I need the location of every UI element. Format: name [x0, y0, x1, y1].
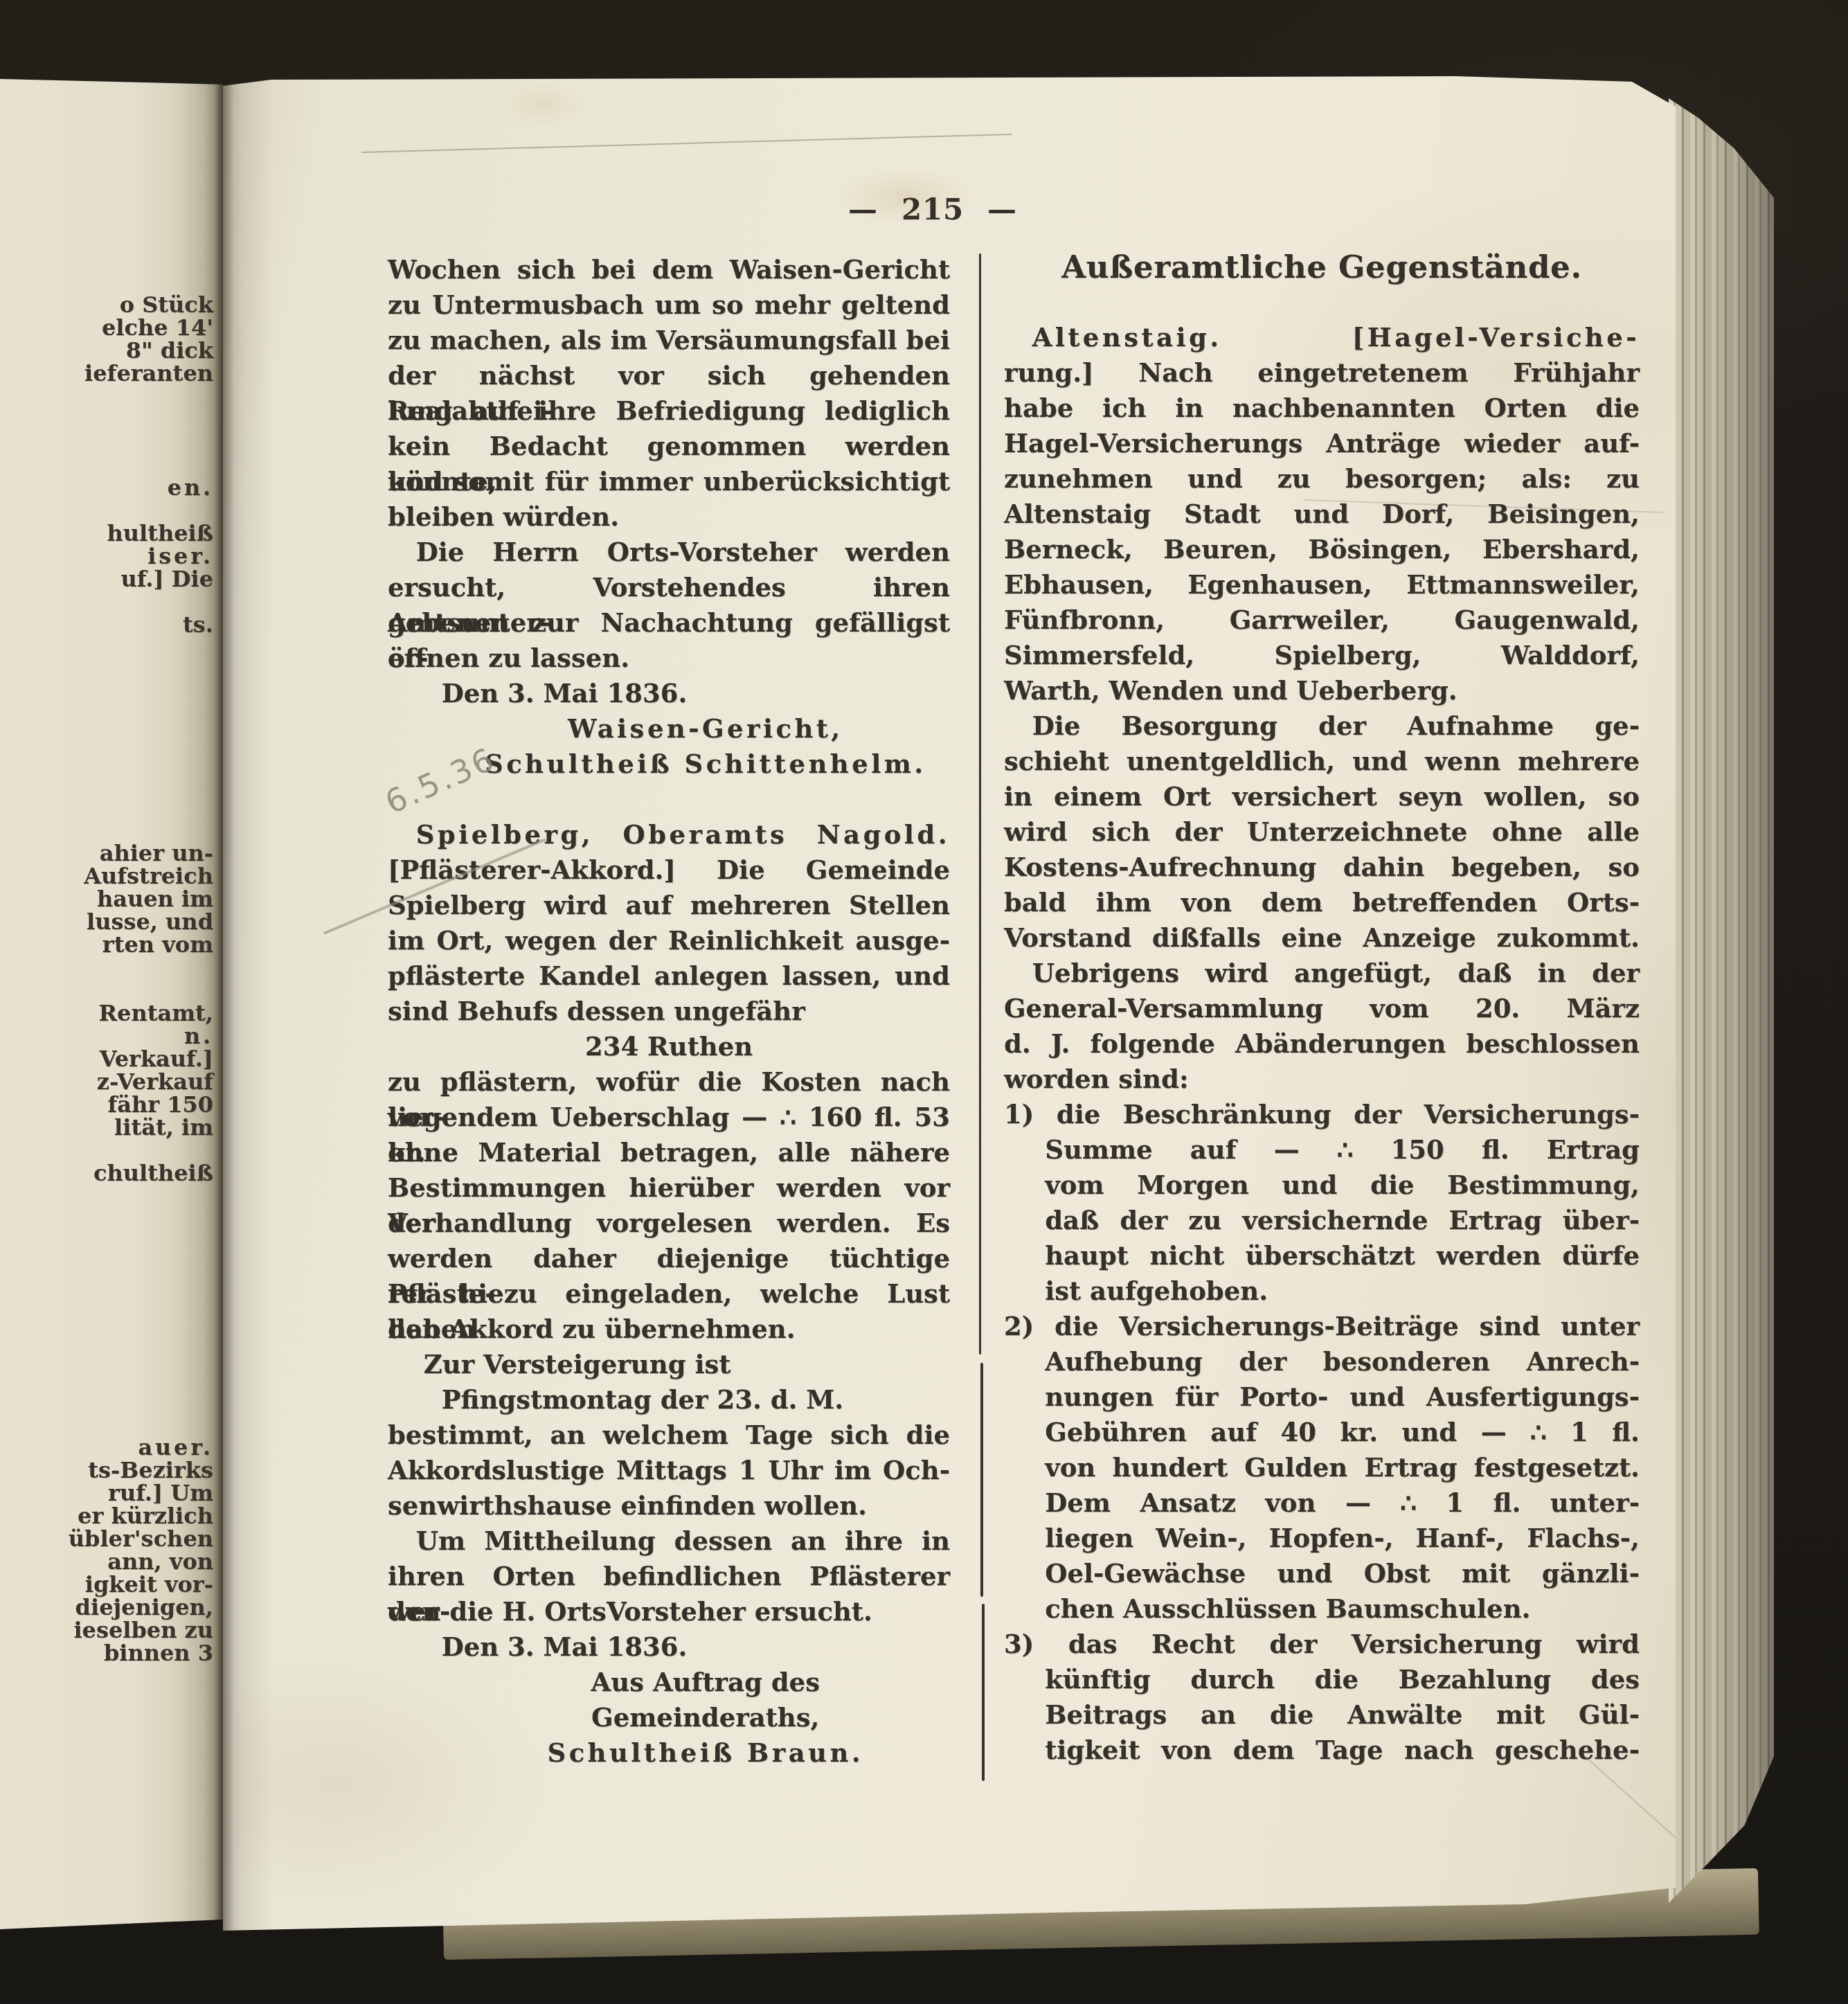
- text-line: der nächst vor sich gehenden Realabthei-: [388, 358, 950, 393]
- text-line: Verhandlung vorgelesen werden. Es: [388, 1206, 950, 1241]
- text-line: en.: [6, 476, 213, 499]
- text-line: Vorstand dißfalls eine Anzeige zukommt.: [1004, 920, 1640, 956]
- text-line: Oel-Gewächse und Obst mit gänzli-: [1004, 1556, 1640, 1591]
- text-line: [6, 408, 213, 431]
- text-line: 8" dick: [6, 339, 213, 362]
- text-line: ts-Bezirks: [6, 1459, 213, 1482]
- text-line: nungen für Porto- und Ausfertigungs-: [1004, 1379, 1640, 1415]
- text-line: zu pflästern, wofür die Kosten nach vor-: [388, 1064, 950, 1100]
- text-line: wird sich der Unterzeichnete ohne alle: [1004, 814, 1640, 850]
- text-line: Simmersfeld, Spielberg, Walddorf,: [1004, 638, 1640, 673]
- left-column: Wochen sich bei dem Waisen-Gerichtzu Unt…: [388, 252, 950, 1771]
- text-line: Aus Auftrag des: [388, 1665, 950, 1700]
- right-column: Außeramtliche Gegenstände.Altenstaig. [H…: [1004, 249, 1640, 1768]
- text-line: diejenigen,: [6, 1596, 213, 1619]
- text-line: ieselben zu: [6, 1619, 213, 1642]
- text-line: [6, 431, 213, 454]
- text-line: Den 3. Mai 1836.: [388, 676, 950, 711]
- text-line: [6, 1208, 213, 1231]
- text-line: Aufhebung der besonderen Anrech-: [1004, 1344, 1640, 1379]
- text-line: pflästerte Kandel anlegen lassen, und: [388, 958, 950, 994]
- text-line: [6, 796, 213, 819]
- text-line: worden sind:: [1004, 1062, 1640, 1097]
- photo-background: o Stückelche 14'8" dickieferantenen.hult…: [0, 0, 1848, 2004]
- text-line: daß der zu versichernde Ertrag über-: [1004, 1203, 1640, 1238]
- text-line: Summe auf — ∴ 150 fl. Ertrag: [1004, 1132, 1640, 1167]
- text-line: [6, 979, 213, 1002]
- text-line: zu Untermusbach um so mehr geltend: [388, 287, 950, 323]
- text-line: auer.: [6, 1436, 213, 1459]
- text-line: [6, 636, 213, 659]
- text-line: habe ich in nachbenannten Orten die: [1004, 391, 1640, 426]
- text-line: Altenstaig. [Hagel-Versiche-: [1004, 320, 1640, 355]
- text-line: [6, 499, 213, 522]
- text-line: zu machen, als im Versäumungsfall bei: [388, 323, 950, 358]
- text-line: vom Morgen und die Bestimmung,: [1004, 1167, 1640, 1203]
- text-line: Gemeinderaths,: [388, 1700, 950, 1735]
- text-line: n.: [6, 1025, 213, 1048]
- gutter-shadow: [213, 76, 234, 1932]
- text-line: ist aufgehoben.: [1004, 1273, 1640, 1309]
- column-divider: [979, 253, 981, 1354]
- text-line: Spielberg wird auf mehreren Stellen: [388, 888, 950, 923]
- text-line: Wochen sich bei dem Waisen-Gericht: [388, 252, 950, 287]
- text-line: Waisen-Gericht,: [388, 711, 950, 746]
- text-line: [6, 751, 213, 773]
- text-line: [6, 1253, 213, 1276]
- text-line: [6, 1185, 213, 1208]
- header-dash-right: —: [987, 193, 1017, 226]
- text-line: in einem Ort versichert seyn wollen, so: [1004, 779, 1640, 814]
- text-line: ts.: [6, 614, 213, 636]
- text-line: öffnen zu lassen.: [388, 641, 950, 676]
- text-line: Hagel-Versicherungs Anträge wieder auf-: [1004, 426, 1640, 461]
- text-line: haupt nicht überschätzt werden dürfe: [1004, 1238, 1640, 1273]
- text-line: 3) das Recht der Versicherung wird: [1004, 1627, 1640, 1662]
- text-line: hultheiß: [6, 522, 213, 545]
- text-line: Dem Ansatz von — ∴ 1 fl. unter-: [1004, 1485, 1640, 1521]
- text-line: werden daher diejenige tüchtige Pfläste-: [388, 1241, 950, 1276]
- text-line: Beitrags an die Anwälte mit Gül-: [1004, 1697, 1640, 1733]
- text-line: Den 3. Mai 1836.: [388, 1629, 950, 1665]
- text-line: Rentamt,: [6, 1002, 213, 1025]
- text-line: [6, 454, 213, 476]
- text-line: ieferanten: [6, 362, 213, 385]
- text-line: [1004, 285, 1640, 320]
- text-line: Ebhausen, Egenhausen, Ettmannsweiler,: [1004, 567, 1640, 602]
- text-line: senwirthshause einfinden wollen.: [388, 1488, 950, 1523]
- text-line: z-Verkauf: [6, 1071, 213, 1093]
- text-line: bald ihm von dem betreffenden Orts-: [1004, 885, 1640, 920]
- text-line: [6, 728, 213, 751]
- text-line: Die Herrn Orts-Vorsteher werden: [388, 535, 950, 570]
- text-line: [6, 705, 213, 728]
- text-line: Warth, Wenden und Ueberberg.: [1004, 673, 1640, 708]
- text-line: übler'schen: [6, 1528, 213, 1550]
- text-line: [6, 1139, 213, 1162]
- text-line: liegen Wein-, Hopfen-, Hanf-, Flachs-,: [1004, 1521, 1640, 1556]
- text-line: [6, 1390, 213, 1413]
- text-line: Die Besorgung der Aufnahme ge-: [1004, 708, 1640, 744]
- text-line: ohne Material betragen, alle nähere: [388, 1135, 950, 1170]
- text-line: [6, 956, 213, 979]
- text-line: und somit für immer unberücksichtigt: [388, 464, 950, 499]
- text-line: chen Ausschlüssen Baumschulen.: [1004, 1591, 1640, 1627]
- text-line: [6, 1231, 213, 1253]
- text-line: tigkeit von dem Tage nach geschehe-: [1004, 1733, 1640, 1768]
- text-line: von hundert Gulden Ertrag festgesetzt.: [1004, 1450, 1640, 1485]
- text-line: rten vom: [6, 933, 213, 956]
- text-line: [6, 1345, 213, 1368]
- text-line: den Akkord zu übernehmen.: [388, 1312, 950, 1347]
- text-line: [6, 385, 213, 408]
- text-line: gebenen zur Nachachtung gefälligst er-: [388, 605, 950, 641]
- text-line: Spielberg, Oberamts Nagold.: [388, 817, 950, 852]
- text-line: 234 Ruthen: [388, 1029, 950, 1064]
- text-line: d. J. folgende Abänderungen beschlossen: [1004, 1026, 1640, 1062]
- fragment-column: o Stückelche 14'8" dickieferantenen.hult…: [6, 294, 213, 1665]
- text-line: zunehmen und zu besorgen; als: zu: [1004, 461, 1640, 496]
- text-line: sind Behufs dessen ungefähr: [388, 994, 950, 1029]
- book-page-215: —215— Wochen sich bei dem Waisen-Gericht…: [223, 76, 1676, 1932]
- text-line: Um Mittheilung dessen an ihre in: [388, 1523, 950, 1559]
- text-line: rer hiezu eingeladen, welche Lust haben: [388, 1276, 950, 1312]
- text-line: 2) die Versicherungs-Beiträge sind unter: [1004, 1309, 1640, 1344]
- text-line: künftig durch die Bezahlung des: [1004, 1662, 1640, 1697]
- text-line: liegendem Ueberschlag — ∴ 160 fl. 53 kr.: [388, 1100, 950, 1135]
- text-line: [388, 782, 950, 817]
- header-dash-left: —: [848, 193, 878, 226]
- page-header: —215—: [206, 193, 1659, 226]
- text-line: igkeit vor-: [6, 1573, 213, 1596]
- page-number: 215: [901, 193, 964, 226]
- text-line: ihren Orten befindlichen Pflästerer wer-: [388, 1559, 950, 1594]
- text-line: Fünfbronn, Garrweiler, Gaugenwald,: [1004, 602, 1640, 638]
- column-divider: [980, 1363, 983, 1597]
- text-line: elche 14': [6, 316, 213, 339]
- text-line: Verkauf.]: [6, 1048, 213, 1071]
- text-line: [6, 1368, 213, 1390]
- text-line: ann, von: [6, 1550, 213, 1573]
- previous-page-fragment: o Stückelche 14'8" dickieferantenen.hult…: [0, 76, 223, 1932]
- text-line: lung auf ihre Befriedigung lediglich: [388, 393, 950, 429]
- text-line: Bestimmungen hierüber werden vor der: [388, 1170, 950, 1206]
- text-line: Berneck, Beuren, Bösingen, Ebershard,: [1004, 532, 1640, 567]
- text-line: binnen 3: [6, 1642, 213, 1665]
- text-line: [6, 819, 213, 842]
- text-line: Gebühren auf 40 kr. und — ∴ 1 fl.: [1004, 1415, 1640, 1450]
- text-line: er kürzlich: [6, 1505, 213, 1528]
- text-line: Uebrigens wird angefügt, daß in der: [1004, 956, 1640, 991]
- text-line: [6, 1322, 213, 1345]
- section-heading: Außeramtliche Gegenstände.: [1004, 249, 1640, 285]
- text-line: fähr 150: [6, 1093, 213, 1116]
- text-line: schieht unentgeldlich, und wenn mehrere: [1004, 744, 1640, 779]
- text-line: Schultheiß Braun.: [388, 1735, 950, 1771]
- text-line: [6, 591, 213, 614]
- text-line: Aufstreich: [6, 865, 213, 888]
- text-line: General-Versammlung vom 20. März: [1004, 991, 1640, 1026]
- text-line: [6, 1276, 213, 1299]
- text-line: lusse, und: [6, 911, 213, 933]
- text-line: kein Bedacht genommen werden könnte,: [388, 429, 950, 464]
- text-line: 1) die Beschränkung der Versicherungs-: [1004, 1097, 1640, 1132]
- text-line: rung.] Nach eingetretenem Frühjahr: [1004, 355, 1640, 391]
- text-line: hauen im: [6, 888, 213, 911]
- text-line: [6, 1299, 213, 1322]
- text-line: Altenstaig Stadt und Dorf, Beisingen,: [1004, 496, 1640, 532]
- text-line: im Ort, wegen der Reinlichkeit ausge-: [388, 923, 950, 958]
- text-line: bleiben würden.: [388, 499, 950, 535]
- text-line: ersucht, Vorstehendes ihren Amtsunter-: [388, 570, 950, 605]
- column-divider: [982, 1604, 985, 1781]
- text-line: bestimmt, an welchem Tage sich die: [388, 1417, 950, 1453]
- text-line: ahier un-: [6, 842, 213, 865]
- text-line: ruf.] Um: [6, 1482, 213, 1505]
- text-line: Pfingstmontag der 23. d. M.: [388, 1382, 950, 1417]
- fore-edge-page-stack: [1669, 94, 1774, 1914]
- text-line: Kostens-Aufrechnung dahin begeben, so: [1004, 850, 1640, 885]
- text-line: Akkordslustige Mittags 1 Uhr im Och-: [388, 1453, 950, 1488]
- paper-crease: [361, 134, 1012, 153]
- text-line: o Stück: [6, 294, 213, 316]
- text-line: [6, 773, 213, 796]
- text-line: [6, 659, 213, 682]
- text-line: [6, 682, 213, 705]
- text-line: Zur Versteigerung ist: [388, 1347, 950, 1382]
- text-line: [6, 1413, 213, 1436]
- text-line: chultheiß: [6, 1162, 213, 1185]
- text-line: lität, im: [6, 1116, 213, 1139]
- text-line: den die H. OrtsVorsteher ersucht.: [388, 1594, 950, 1629]
- text-line: uf.] Die: [6, 568, 213, 591]
- text-line: iser.: [6, 545, 213, 568]
